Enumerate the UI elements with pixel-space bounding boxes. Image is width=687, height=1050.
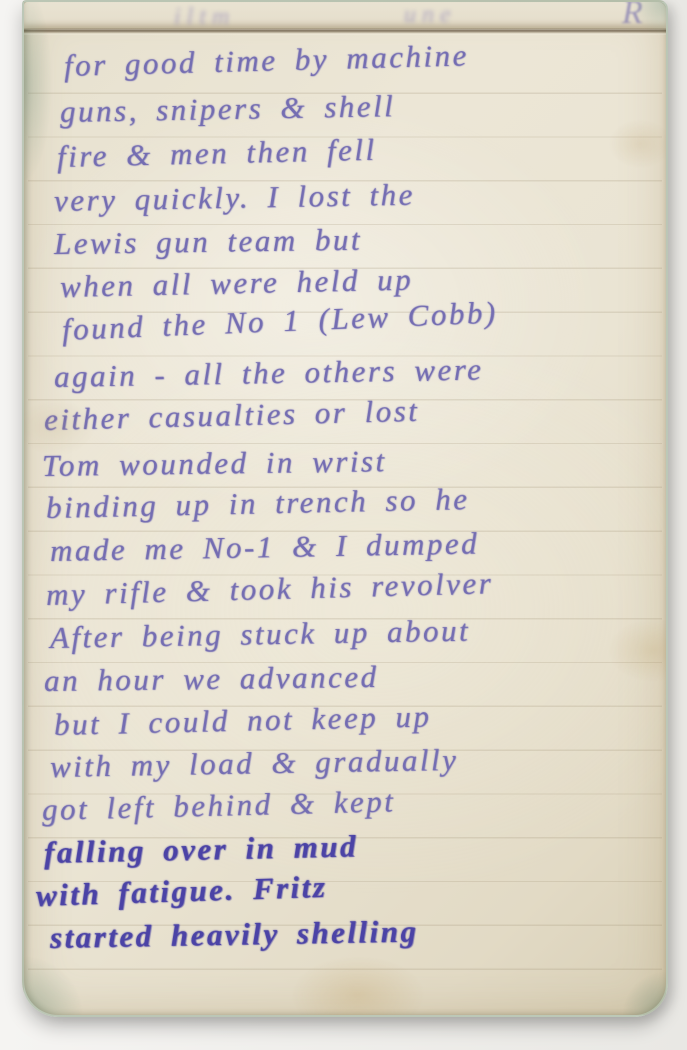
photo-background: i l t m u n e R for good time by machine…: [0, 0, 687, 1050]
handwritten-line: very quickly. I lost the: [54, 177, 415, 219]
handwritten-line: fire & men then fell: [57, 132, 377, 175]
handwritten-line: falling over in mud: [44, 828, 359, 871]
previous-page-edge: i l t m u n e R: [24, 2, 666, 29]
handwritten-line: binding up in trench so he: [46, 481, 470, 526]
top-strip-mark: R: [622, 2, 643, 29]
handwritten-line: again - all the others were: [54, 352, 484, 395]
handwritten-line: got left behind & kept: [42, 783, 396, 828]
handwritten-line: Tom wounded in wrist: [42, 443, 387, 484]
handwritten-line: with fatigue. Fritz: [35, 869, 327, 914]
handwritten-line: made me No-1 & I dumped: [50, 526, 480, 569]
handwritten-line: for good time by machine: [64, 37, 470, 84]
handwritten-line: with my load & gradually: [50, 742, 459, 785]
handwritten-line: but I could not keep up: [54, 698, 432, 743]
page-crease: [24, 28, 666, 35]
handwritten-line: either casualties or lost: [44, 393, 420, 438]
handwritten-line: After being stuck up about: [50, 613, 471, 656]
handwritten-line: my rifle & took his revolver: [46, 565, 494, 613]
handwritten-line: guns, snipers & shell: [60, 88, 396, 130]
handwritten-line: when all were held up: [60, 262, 414, 305]
handwritten-line: Lewis gun team but: [54, 222, 362, 262]
notebook-page: i l t m u n e R for good time by machine…: [22, 0, 668, 1017]
handwritten-line: an hour we advanced: [44, 659, 379, 699]
handwritten-line: started heavily shelling: [50, 914, 419, 956]
